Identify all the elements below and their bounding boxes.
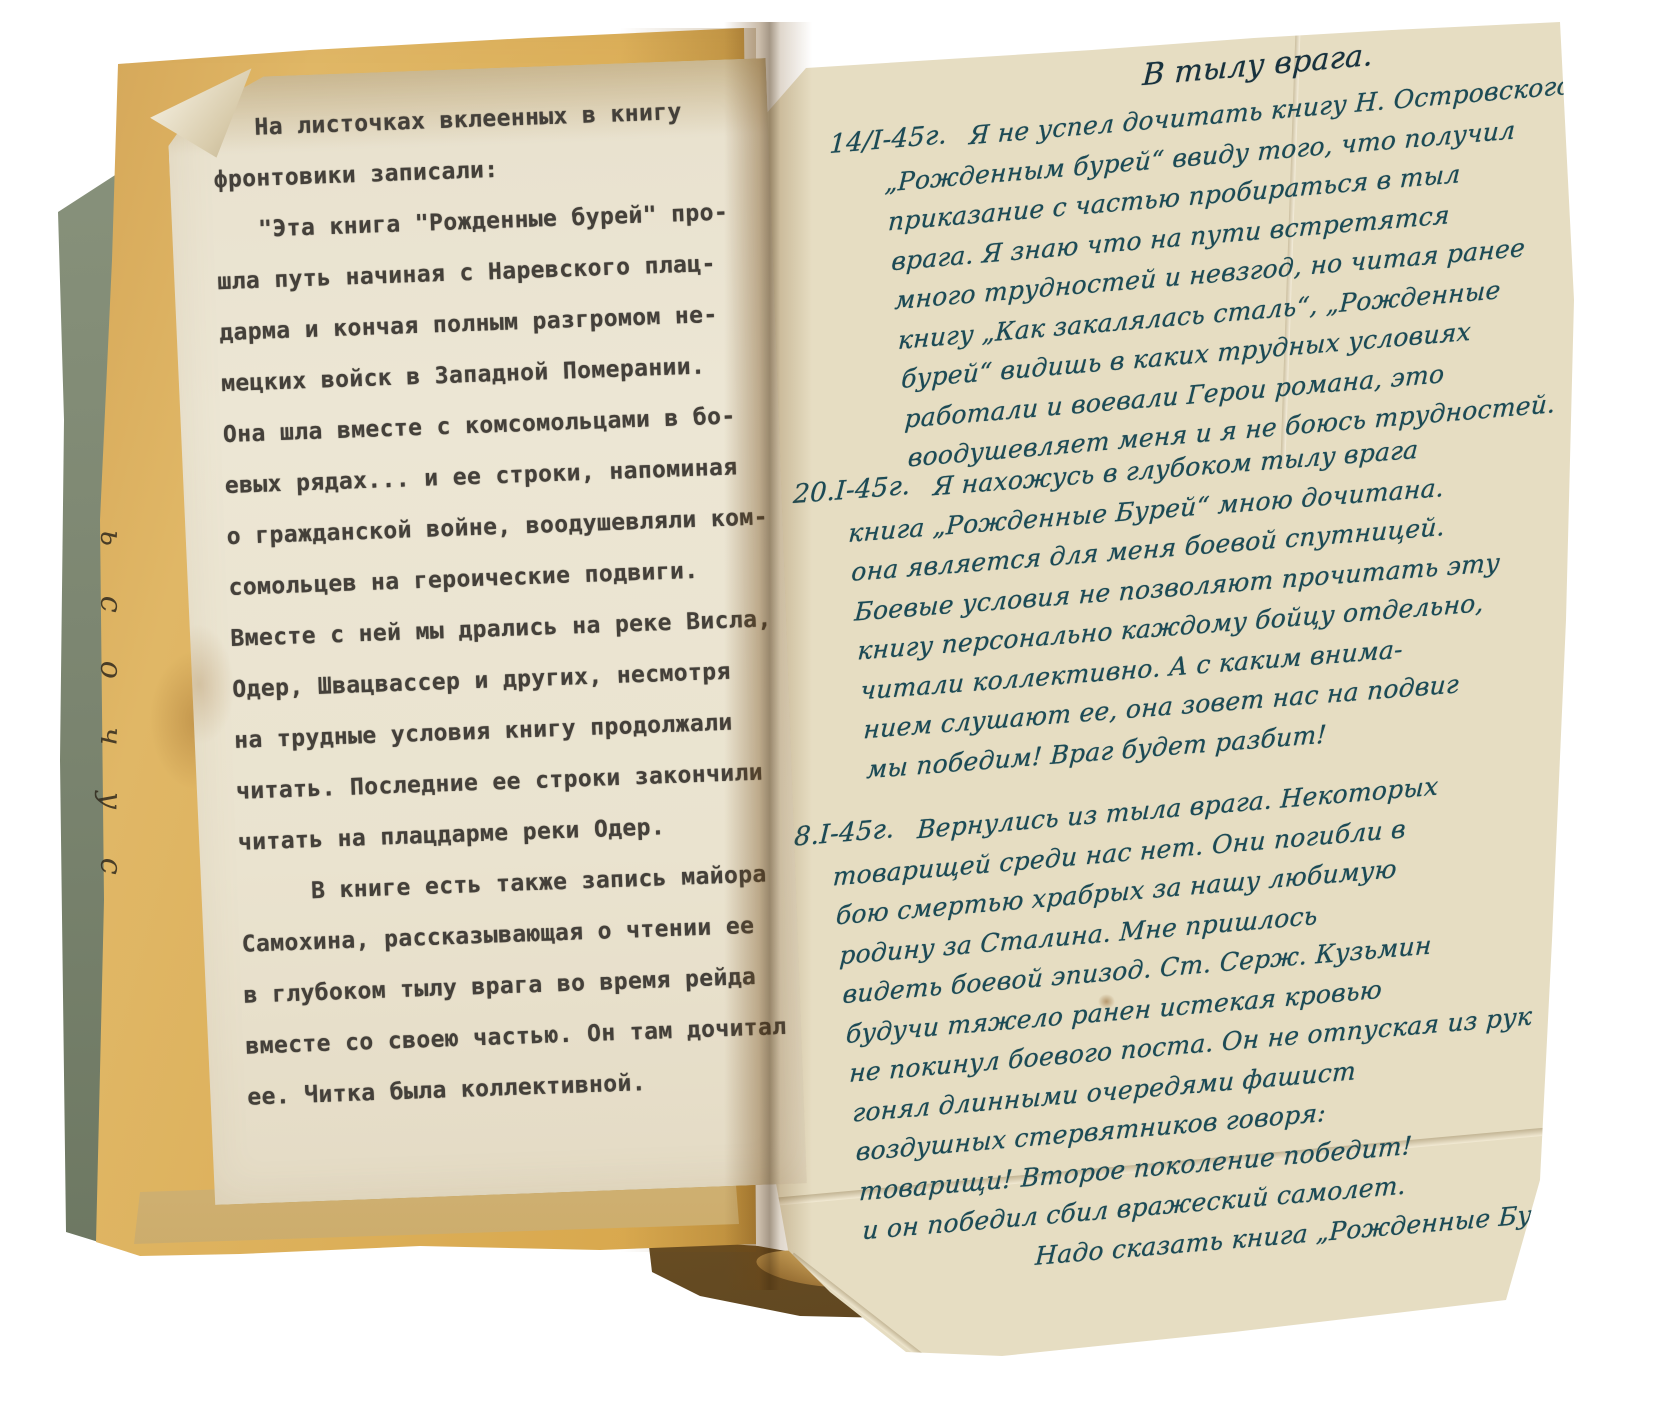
margin-scrawls: ьсочус [82, 530, 132, 1130]
margin-mark: с [87, 857, 132, 902]
diary-entry: 28.I-45г. Вернулись из тыла врага. Некот… [776, 762, 1525, 1294]
typed-note-text: На листочках вклеенных в книгуфронтовики… [211, 84, 796, 1123]
margin-mark: о [87, 660, 132, 705]
book-gutter [724, 22, 812, 1290]
typed-note-sheet: На листочках вклеенных в книгуфронтовики… [166, 58, 807, 1205]
diary-entry: 20.I-45г. Я нахожусь в глубоком тылу вра… [792, 424, 1514, 793]
book-photo: ьсочус В тылу врага. 14/I-45г. Я не успе… [0, 0, 1680, 1408]
diary-entry: 14/I-45г. Я не успел дочитать книгу Н. О… [828, 70, 1545, 482]
margin-mark: с [87, 595, 132, 640]
margin-mark: ч [87, 726, 132, 771]
entry-text: Я нахожусь в глубоком тылу врагакнига „Р… [844, 424, 1514, 789]
margin-mark: у [87, 791, 132, 836]
entry-text: Вернулись из тыла врага. Некоторыхтовари… [828, 762, 1525, 1290]
margin-mark: ь [87, 529, 132, 574]
entry-text: Я не успел дочитать книгу Н. Островского… [880, 70, 1546, 478]
